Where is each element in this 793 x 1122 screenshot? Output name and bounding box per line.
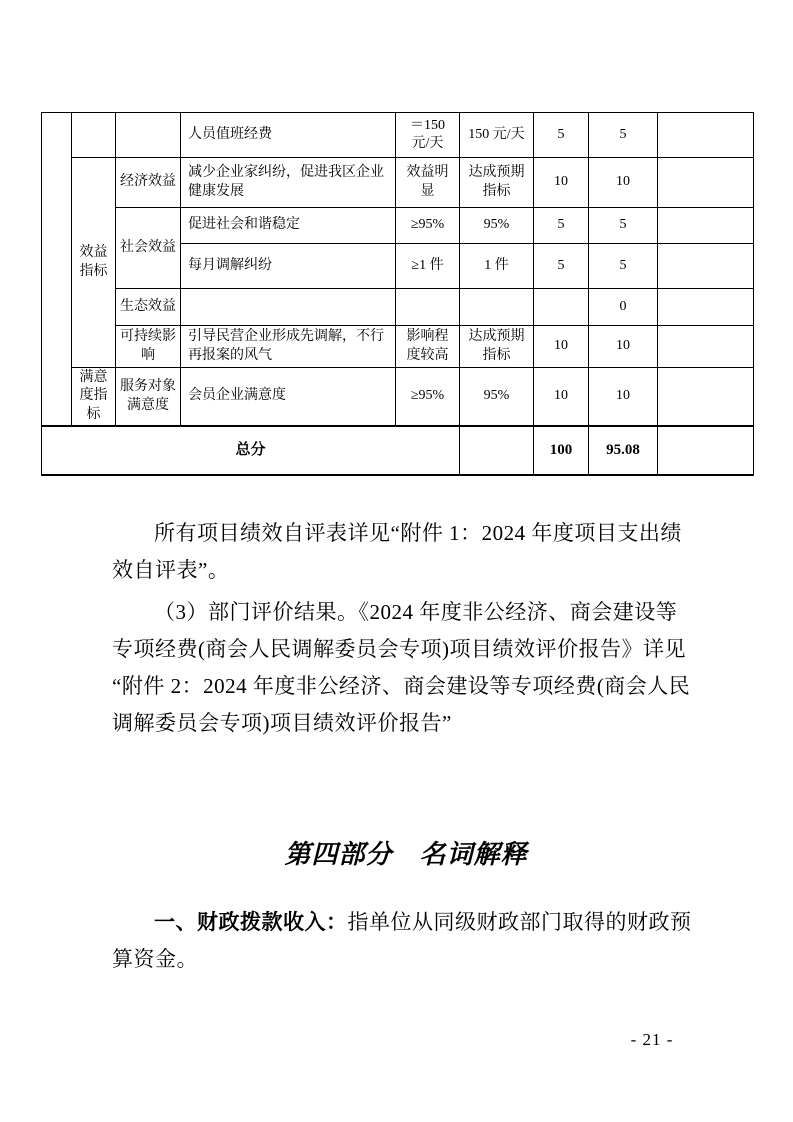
paragraph-dept-eval: （3）部门评价结果。《2024 年度非公经济、商会建设等 专项经费(商会人民调解… [112, 594, 700, 742]
remark-cell [658, 426, 754, 475]
total-row: 总分 100 95.08 [42, 426, 754, 475]
self-score-cell: 5 [589, 208, 658, 244]
paragraph-line: 一、财政拨款收入：指单位从同级财政部门取得的财政预 [112, 904, 700, 941]
completion-value-cell: 150 元/天 [460, 113, 534, 158]
remark-cell [658, 289, 754, 326]
eco-benefit-group-cell: 生态效益 [116, 289, 181, 326]
target-value-cell [396, 289, 460, 326]
self-score-cell: 10 [589, 326, 658, 368]
indicator-cell: 促进社会和谐稳定 [181, 208, 396, 244]
remark-cell [658, 244, 754, 289]
performance-indicator-table: 人员值班经费 ＝150 元/天 150 元/天 5 5 效益指标 经济效益 减少… [41, 112, 754, 476]
table-row: 生态效益 0 [42, 289, 754, 326]
table-row: 效益指标 经济效益 减少企业家纠纷，促进我区企业健康发展 效益明显 达成预期指标… [42, 158, 754, 208]
completion-value-cell: 1 件 [460, 244, 534, 289]
level2-group-cell [116, 113, 181, 158]
document-page: 人员值班经费 ＝150 元/天 150 元/天 5 5 效益指标 经济效益 减少… [0, 0, 793, 1122]
completion-value-cell: 达成预期指标 [460, 158, 534, 208]
benefit-group-cell: 效益指标 [72, 158, 116, 368]
total-score-cell: 100 [534, 426, 589, 475]
remark-cell [658, 158, 754, 208]
remark-cell [658, 368, 754, 427]
remark-cell [658, 113, 754, 158]
indicator-cell: 人员值班经费 [181, 113, 396, 158]
paragraph-line: 效自评表”。 [112, 552, 700, 589]
table-row: 人员值班经费 ＝150 元/天 150 元/天 5 5 [42, 113, 754, 158]
score-cell: 5 [534, 244, 589, 289]
target-value-cell: ≥1 件 [396, 244, 460, 289]
target-value-cell: ＝150 元/天 [396, 113, 460, 158]
total-self-score-cell: 95.08 [589, 426, 658, 475]
remark-cell [658, 326, 754, 368]
target-value-cell: ≥95% [396, 208, 460, 244]
score-cell: 10 [534, 326, 589, 368]
paragraph-self-eval: 所有项目绩效自评表详见“附件 1：2024 年度项目支出绩 效自评表”。 [112, 515, 700, 589]
indicator-cell: 引导民营企业形成先调解，不行再报案的风气 [181, 326, 396, 368]
paragraph-line: 算资金。 [112, 941, 700, 978]
social-benefit-group-cell: 社会效益 [116, 208, 181, 289]
indicator-cell: 减少企业家纠纷，促进我区企业健康发展 [181, 158, 396, 208]
completion-value-cell: 达成预期指标 [460, 326, 534, 368]
self-score-cell: 10 [589, 368, 658, 427]
body-text: 所有项目绩效自评表详见“附件 1：2024 年度项目支出绩 效自评表”。 （3）… [112, 515, 700, 742]
sustainability-group-cell: 可持续影响 [116, 326, 181, 368]
page-number: - 21 - [612, 1030, 692, 1050]
completion-value-cell: 95% [460, 368, 534, 427]
score-cell [534, 289, 589, 326]
indicator-cell [181, 289, 396, 326]
term-label: 一、财政拨款收入： [154, 910, 348, 934]
self-score-cell: 10 [589, 158, 658, 208]
paragraph-line: 专项经费(商会人民调解委员会专项)项目绩效评价报告》详见 [112, 631, 700, 668]
glossary-text: 一、财政拨款收入：指单位从同级财政部门取得的财政预 算资金。 [112, 904, 700, 978]
completion-value-cell [460, 289, 534, 326]
table-row: 社会效益 促进社会和谐稳定 ≥95% 95% 5 5 [42, 208, 754, 244]
level2-group-cell: 经济效益 [116, 158, 181, 208]
remark-cell [658, 208, 754, 244]
paragraph-line: 调解委员会专项)项目绩效评价报告” [112, 705, 700, 742]
section-heading: 第四部分 名词解释 [112, 840, 700, 870]
paragraph-line: （3）部门评价结果。《2024 年度非公经济、商会建设等 [112, 594, 700, 631]
satisfaction-group-cell: 满意度指标 [72, 368, 116, 427]
self-score-cell: 5 [589, 244, 658, 289]
indicator-cell: 每月调解纠纷 [181, 244, 396, 289]
score-cell: 5 [534, 208, 589, 244]
table-row: 满意度指标 服务对象满意度 会员企业满意度 ≥95% 95% 10 10 [42, 368, 754, 427]
score-cell: 10 [534, 158, 589, 208]
term-definition: 指单位从同级财政部门取得的财政预 [348, 910, 692, 934]
target-value-cell: 影响程度较高 [396, 326, 460, 368]
self-score-cell: 0 [589, 289, 658, 326]
indicator-cell: 会员企业满意度 [181, 368, 396, 427]
paragraph-line: “附件 2：2024 年度非公经济、商会建设等专项经费(商会人民 [112, 668, 700, 705]
score-cell: 10 [534, 368, 589, 427]
level1-group-cell [72, 113, 116, 158]
service-target-group-cell: 服务对象满意度 [116, 368, 181, 427]
total-completion-cell [460, 426, 534, 475]
spacer-cell [42, 113, 72, 427]
completion-value-cell: 95% [460, 208, 534, 244]
target-value-cell: 效益明显 [396, 158, 460, 208]
target-value-cell: ≥95% [396, 368, 460, 427]
paragraph-line: 所有项目绩效自评表详见“附件 1：2024 年度项目支出绩 [112, 515, 700, 552]
table-row: 可持续影响 引导民营企业形成先调解，不行再报案的风气 影响程度较高 达成预期指标… [42, 326, 754, 368]
self-score-cell: 5 [589, 113, 658, 158]
total-label-cell: 总分 [42, 426, 460, 475]
score-cell: 5 [534, 113, 589, 158]
